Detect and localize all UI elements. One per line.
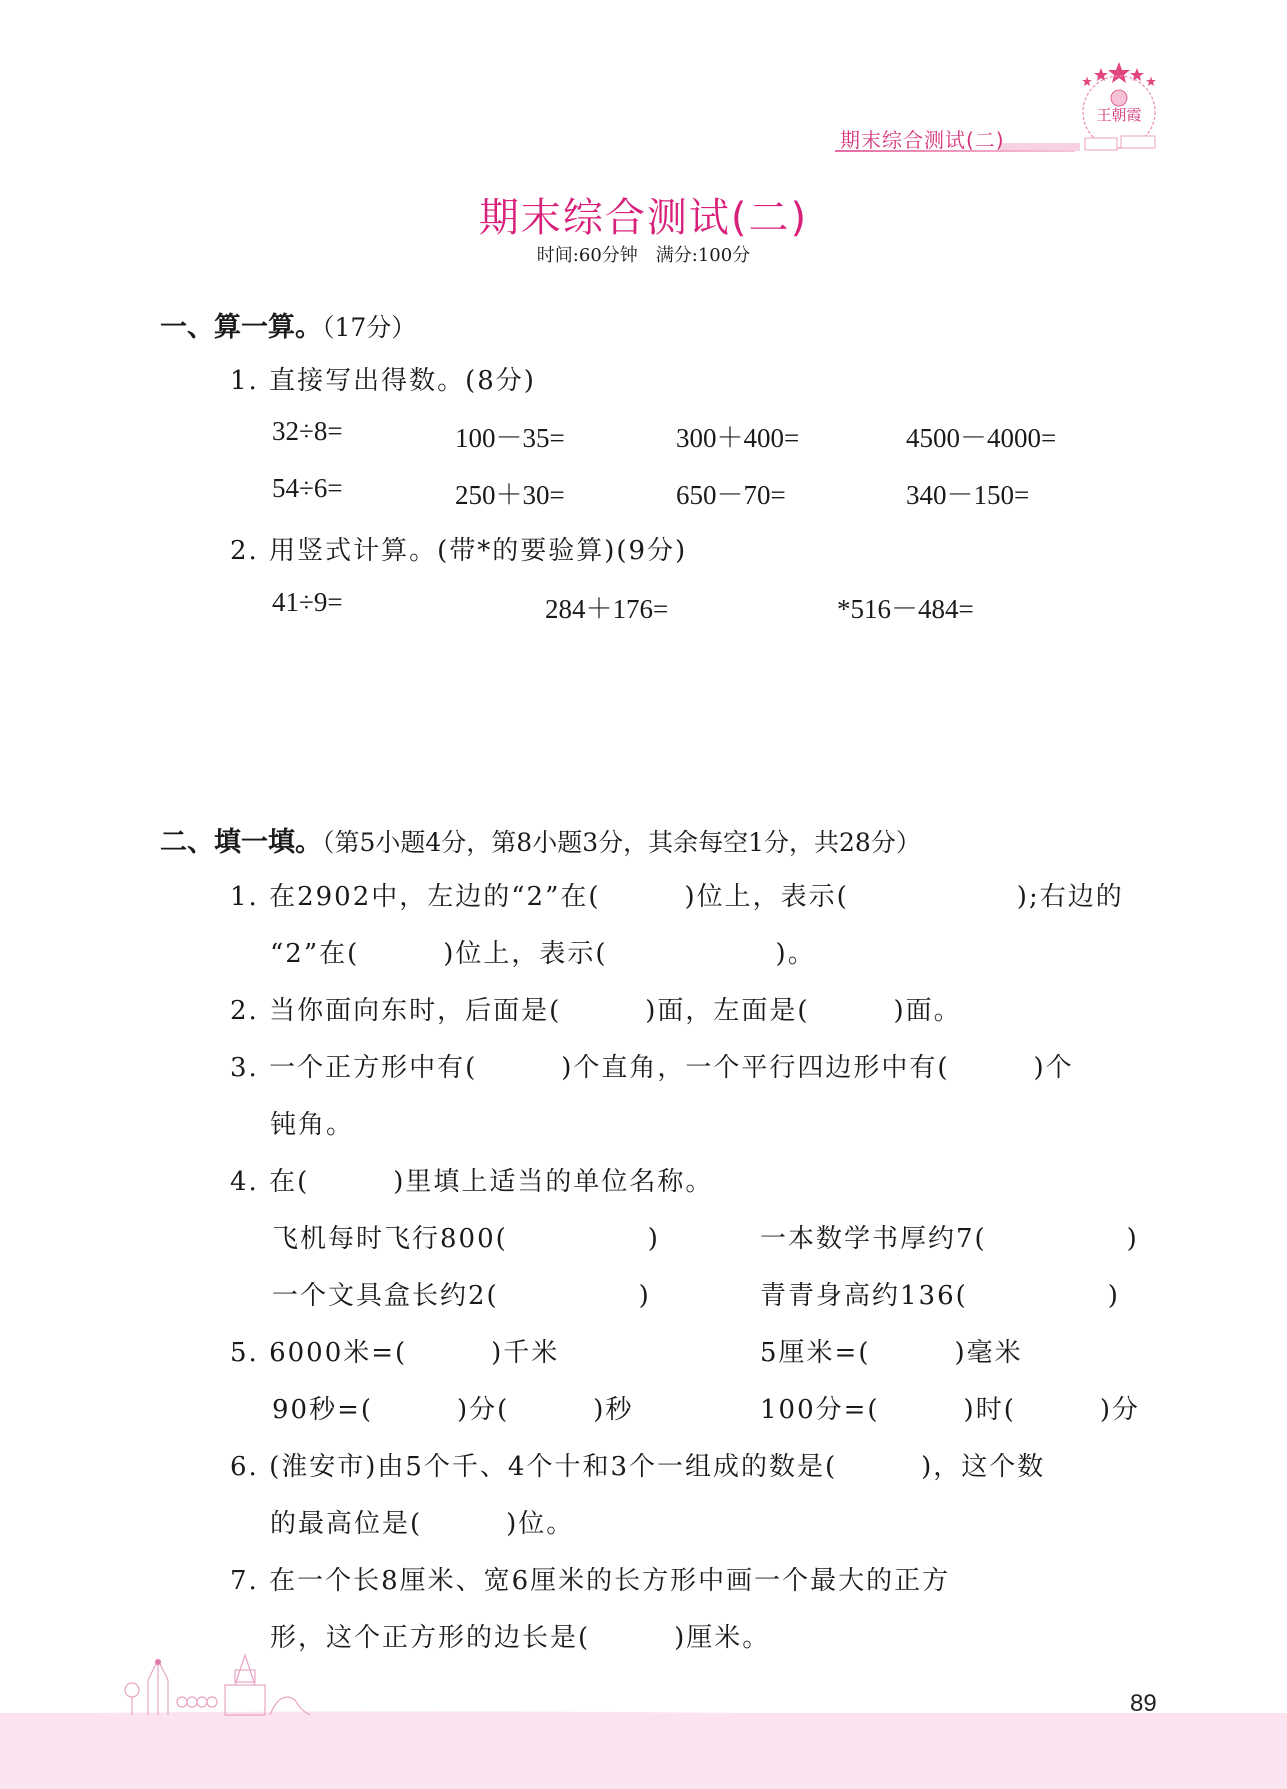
question-2-7-line-1: 7. 在一个长8厘米、宽6厘米的长方形中画一个最大的正方 xyxy=(230,1560,950,1597)
equation: 650－70= xyxy=(676,473,786,512)
brand-badge-icon: 王朝霞 xyxy=(1075,60,1163,155)
equation: 250＋30= xyxy=(455,473,565,512)
equation: 300＋400= xyxy=(676,416,799,455)
question-2-6-line-1: 6. (淮安市)由5个千、4个十和3个一组成的数是( )，这个数 xyxy=(230,1446,1045,1483)
svg-text:王朝霞: 王朝霞 xyxy=(1096,106,1141,124)
page-number: 89 xyxy=(1130,1690,1157,1718)
question-2-7-line-2: 形，这个正方形的边长是( )厘米。 xyxy=(270,1617,770,1654)
section-heading-text: 二、填一填。 xyxy=(160,827,322,858)
exam-time-score: 时间:60分钟 满分:100分 xyxy=(0,241,1287,267)
question-2-4: 4. 在( )里填上适当的单位名称。 xyxy=(230,1161,713,1198)
equation: 4500－4000= xyxy=(906,416,1056,455)
equation: 54÷6= xyxy=(272,473,343,504)
conversion-blank: 90秒=( )分( )秒 xyxy=(272,1389,633,1426)
unit-blank: 飞机每时飞行800( ) xyxy=(272,1218,660,1255)
equation: 32÷8= xyxy=(272,416,343,447)
town-illustration-icon xyxy=(120,1650,440,1720)
question-2-2: 2. 当你面向东时，后面是( )面，左面是( )面。 xyxy=(230,990,962,1027)
equation: *516－484= xyxy=(837,587,974,626)
header-underline xyxy=(835,150,1075,152)
equation: 284＋176= xyxy=(545,587,668,626)
conversion-blank: 100分=( )时( )分 xyxy=(760,1389,1140,1426)
conversion-blank: 5厘米=( )毫米 xyxy=(760,1332,1023,1369)
section-points: （第5小题4分，第8小题3分，其余每空1分，共28分） xyxy=(322,828,921,857)
unit-blank: 青青身高约136( ) xyxy=(760,1275,1120,1312)
question-2-1-line-1: 1. 在2902中，左边的“2”在( )位上，表示( );右边的 xyxy=(230,876,1124,913)
section-2-heading: 二、填一填。（第5小题4分，第8小题3分，其余每空1分，共28分） xyxy=(160,820,921,859)
equation: 100－35= xyxy=(455,416,565,455)
question-2-1-line-2: “2”在( )位上，表示( )。 xyxy=(270,933,816,970)
section-points: （17分） xyxy=(322,313,416,342)
conversion-blank: 5. 6000米=( )千米 xyxy=(230,1332,559,1369)
question-2-6-line-2: 的最高位是( )位。 xyxy=(270,1503,574,1540)
question-1-1: 1. 直接写出得数。(8分) xyxy=(230,360,536,397)
footer-band xyxy=(0,1713,1287,1789)
page-title: 期末综合测试(二) xyxy=(0,186,1287,243)
section-1-heading: 一、算一算。（17分） xyxy=(160,305,416,344)
question-2-3-line-1: 3. 一个正方形中有( )个直角，一个平行四边形中有( )个 xyxy=(230,1047,1074,1084)
running-header-title: 期末综合测试(二) xyxy=(840,124,1005,153)
unit-blank: 一个文具盒长约2( ) xyxy=(272,1275,651,1312)
equation: 340－150= xyxy=(906,473,1029,512)
question-1-2: 2. 用竖式计算。(带*的要验算)(9分) xyxy=(230,530,687,567)
question-2-3-line-2: 钝角。 xyxy=(270,1104,354,1141)
unit-blank: 一本数学书厚约7( ) xyxy=(760,1218,1139,1255)
equation: 41÷9= xyxy=(272,587,343,618)
section-heading-text: 一、算一算。 xyxy=(160,312,322,343)
